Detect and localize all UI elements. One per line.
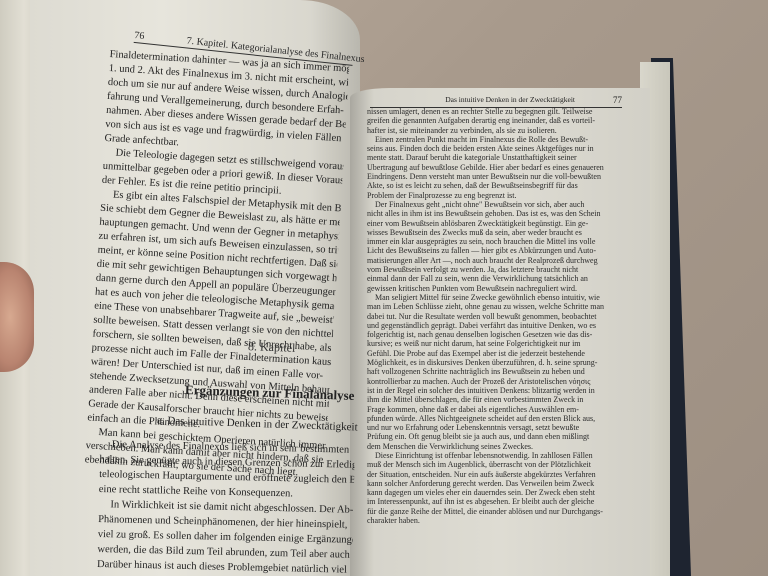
chapter-number: 8. Kapitel: [248, 339, 296, 356]
text-line: dabei tut. Nur die Resultate werden voll…: [367, 313, 633, 321]
text-line: Frage kommen, ohne daß er dabei als eige…: [367, 406, 633, 414]
text-line: folgerichtig ist, nach genau denselben l…: [367, 331, 633, 339]
text-line: kann solcher Anforderung gerecht werden.…: [367, 480, 633, 488]
text-line: nicht alles in ihm ist ins Bewußtsein ge…: [367, 210, 633, 218]
text-line: Übertragung auf bewußtlose Gebilde. Hier…: [367, 164, 633, 172]
text-line: seins aus. Finden doch die beiden ersten…: [367, 145, 633, 153]
text-line: gewissen kritischen Punkten vom Bewußtse…: [367, 285, 633, 293]
text-line: ist in der Regel ein solcher des intuiti…: [367, 387, 633, 395]
text-line: Möglichkeit, es in diskursives Denken üb…: [367, 359, 633, 367]
text-line: wisses Bewußtsein des Zwecks muß da sein…: [367, 229, 633, 237]
text-line: mente statt. Darauf beruht die kategoria…: [367, 154, 633, 162]
text-line: immer ein klar ausgeprägtes zu sein, noc…: [367, 238, 633, 246]
right-header-title: Das intuitive Denken in der Zwecktätigke…: [445, 95, 575, 105]
text-line: haft vollzogenen Schritte nachträglich i…: [367, 368, 633, 376]
text-line: Prüfung ein. Oft genug bleibt sie ja auc…: [367, 433, 633, 441]
text-line: kontrollierbar zu machen. Auch der Proze…: [367, 378, 633, 386]
text-line: dem Menschen die Verwirklichung seines Z…: [367, 443, 633, 451]
text-line: für die ganze Reihe der Mittel, die eina…: [367, 508, 633, 516]
thumb: [0, 262, 34, 372]
text-line: Man seligiert Mittel für seine Zwecke ge…: [367, 294, 633, 302]
text-line: man im Leben Schlüsse zieht, ohne genau …: [367, 303, 633, 311]
text-line: charakter haben.: [367, 517, 633, 525]
text-line: Licht des Bewußtseins zu fallen — hier g…: [367, 247, 633, 255]
text-line: Akte, so ist es leicht zu sehen, daß der…: [367, 182, 633, 190]
text-line: einmal dann der Fall zu sein, wenn die V…: [367, 275, 633, 283]
text-line: nissen umlagert, denen es an rechter Ste…: [367, 108, 633, 116]
text-line: und gegenständlich geprägt. Dabei verfäh…: [367, 322, 633, 330]
text-line: Gefühl. Die Probe auf das Exempel aber i…: [367, 350, 633, 358]
text-line: Diese Einrichtung ist offenbar lebensnot…: [367, 452, 633, 460]
text-line: kursive; es weiß nur nicht darum, hat se…: [367, 340, 633, 348]
text-line: kann dagegen um vieles eher ein dauernde…: [367, 489, 633, 497]
section-body-text: Die Analyse des Finalnexus ließ sich in …: [97, 437, 355, 576]
text-line: Eindringens. Denn versteht man unter Bew…: [367, 173, 633, 181]
right-page-number: 77: [613, 95, 622, 105]
text-line: ihm die Mittel überschlagen, die für ein…: [367, 396, 633, 404]
text-line: muß der Mensch sich im Augenblick, überr…: [367, 461, 633, 469]
text-line: Einen zentralen Punkt macht im Finalnexu…: [367, 136, 633, 144]
right-body-text: nissen umlagert, denen es an rechter Ste…: [367, 108, 633, 526]
text-line: greifen die genannten Aufgaben derartig …: [367, 117, 633, 125]
text-line: Problem der Finalprozesse zu eng begrenz…: [367, 192, 633, 200]
text-line: der Situation, entscheiden. Nur ein aufs…: [367, 471, 633, 479]
right-running-header: Das intuitive Denken in der Zwecktätigke…: [370, 95, 622, 108]
text-line: einer vom Bewußtsein ablösbaren Zwecktät…: [367, 220, 633, 228]
text-line: vom Bewußtsein verfolgt zu werden. Ja, d…: [367, 266, 633, 274]
text-line: pfunden würde. Alles Nichtgeeignete sche…: [367, 415, 633, 423]
text-line: Der Finalnexus geht „nicht ohne" Bewußts…: [367, 201, 633, 209]
text-line: im Interessenpunkt, auf ihn ist es abges…: [367, 498, 633, 506]
text-line: matisierungen aller Art —, noch auch bra…: [367, 257, 633, 265]
left-page-number: 76: [134, 30, 145, 42]
text-line: und nur wo Erfahrung oder Lebenskenntnis…: [367, 424, 633, 432]
text-line: hafter ist, sie miteinander zu verbinden…: [367, 127, 633, 135]
